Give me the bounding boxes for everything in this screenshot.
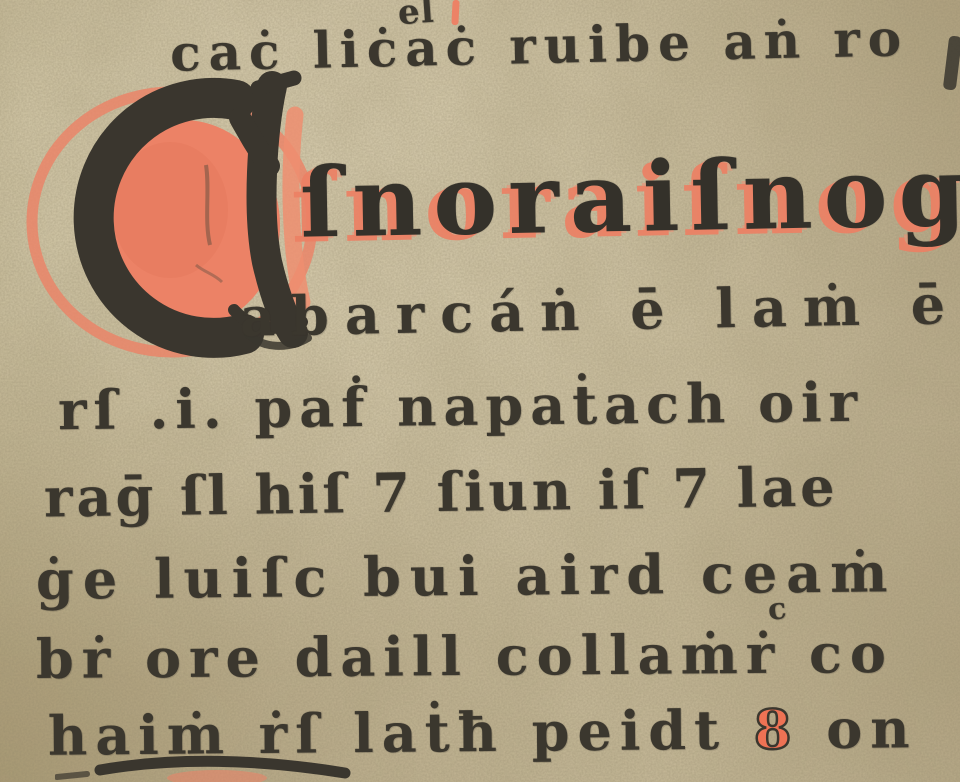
text-line-7-post: on bbox=[799, 696, 918, 761]
rubricated-glyph: 8 bbox=[754, 697, 800, 761]
manuscript-page: caċ liċaċ ruibe aṅ ro el ſnoraiſnogu aba… bbox=[0, 0, 960, 782]
text-line-2: abarcáṅ ē laṁ ēe bbox=[240, 271, 960, 348]
text-line-6-superscript: c bbox=[766, 591, 788, 628]
red-insertion-mark bbox=[451, 0, 459, 25]
text-line-3: rſ .i. paḟ napaṫach oir bbox=[58, 370, 865, 442]
display-line: ſnoraiſnogu bbox=[299, 133, 960, 259]
header-superscript: el bbox=[397, 0, 436, 33]
right-edge-glyph-fragment bbox=[943, 35, 960, 90]
text-line-6: bṙ ore daill collaṁṙ co bbox=[36, 621, 894, 691]
text-line-4: raḡ ſl hiſ 7 ſiun iſ 7 lae bbox=[44, 454, 839, 529]
bottom-initial-fragment bbox=[55, 748, 375, 782]
